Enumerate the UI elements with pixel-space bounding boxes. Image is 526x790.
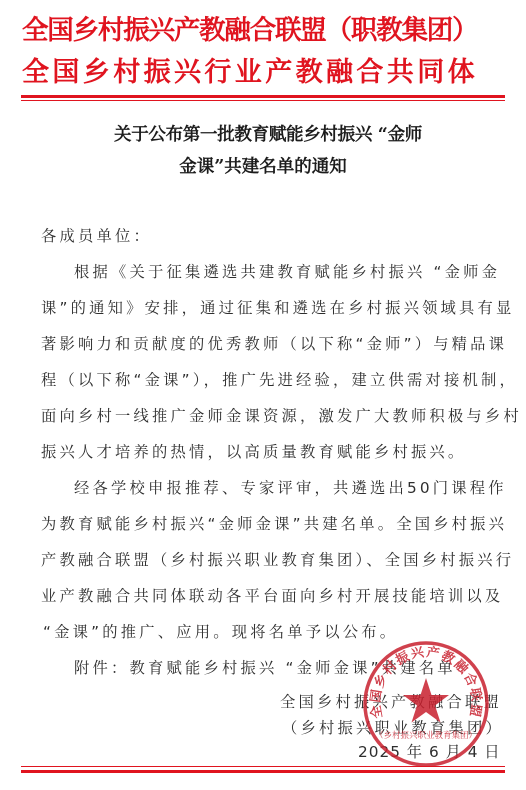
- letterhead-org-1: 全国乡村振兴产教融合联盟（职教集团）: [22, 8, 504, 47]
- footer-rule-thick: [21, 770, 505, 773]
- paragraph-line: 业产教融合共同体联动各平台面向乡村开展技能培训以及: [41, 584, 503, 606]
- document-title-line-1: 关于公布第一批教育赋能乡村振兴 “金师: [50, 119, 486, 151]
- paragraph-line: 程（以下称“金课”），推广先进经验，建立供需对接机制，: [41, 368, 518, 390]
- official-seal-icon: 全国乡村振兴产教融合联盟 （乡村振兴职业教育集团）: [360, 638, 492, 770]
- paragraph-line: 著影响力和贡献度的优秀教师（以下称“金师”）与精品课: [41, 332, 507, 354]
- paragraph-line: 产教融合联盟（乡村振兴职业教育集团）、全国乡村振兴行: [41, 548, 514, 570]
- svg-text:（乡村振兴职业教育集团）: （乡村振兴职业教育集团）: [375, 730, 477, 741]
- footer-rule-thin: [21, 766, 505, 767]
- letterhead-rule-thin: [21, 100, 505, 101]
- paragraph-line: 面向乡村一线推广金师金课资源，激发广大教师积极与乡村: [41, 404, 522, 426]
- paragraph-line: 根据《关于征集遴选共建教育赋能乡村振兴 “金师金: [74, 260, 500, 282]
- paragraph-line: 经各学校申报推荐、专家评审，共遴选出50门课程作: [74, 476, 507, 498]
- document-title-line-2: 金课”共建名单的通知: [40, 151, 486, 183]
- paragraph-line: “金课”的推广、应用。现将名单予以公布。: [43, 620, 398, 642]
- paragraph-line: 为教育赋能乡村振兴“金师金课”共建名单。全国乡村振兴: [41, 512, 507, 534]
- letterhead-org-2: 全国乡村振兴行业产教融合共同体: [22, 50, 504, 89]
- letterhead-rule-thick: [21, 95, 505, 98]
- paragraph-line: 振兴人才培养的热情，以高质量教育赋能乡村振兴。: [41, 440, 466, 462]
- salutation: 各成员单位：: [41, 224, 152, 246]
- paragraph-line: 课”的通知》安排，通过征集和遴选在乡村振兴领域具有显: [41, 296, 515, 318]
